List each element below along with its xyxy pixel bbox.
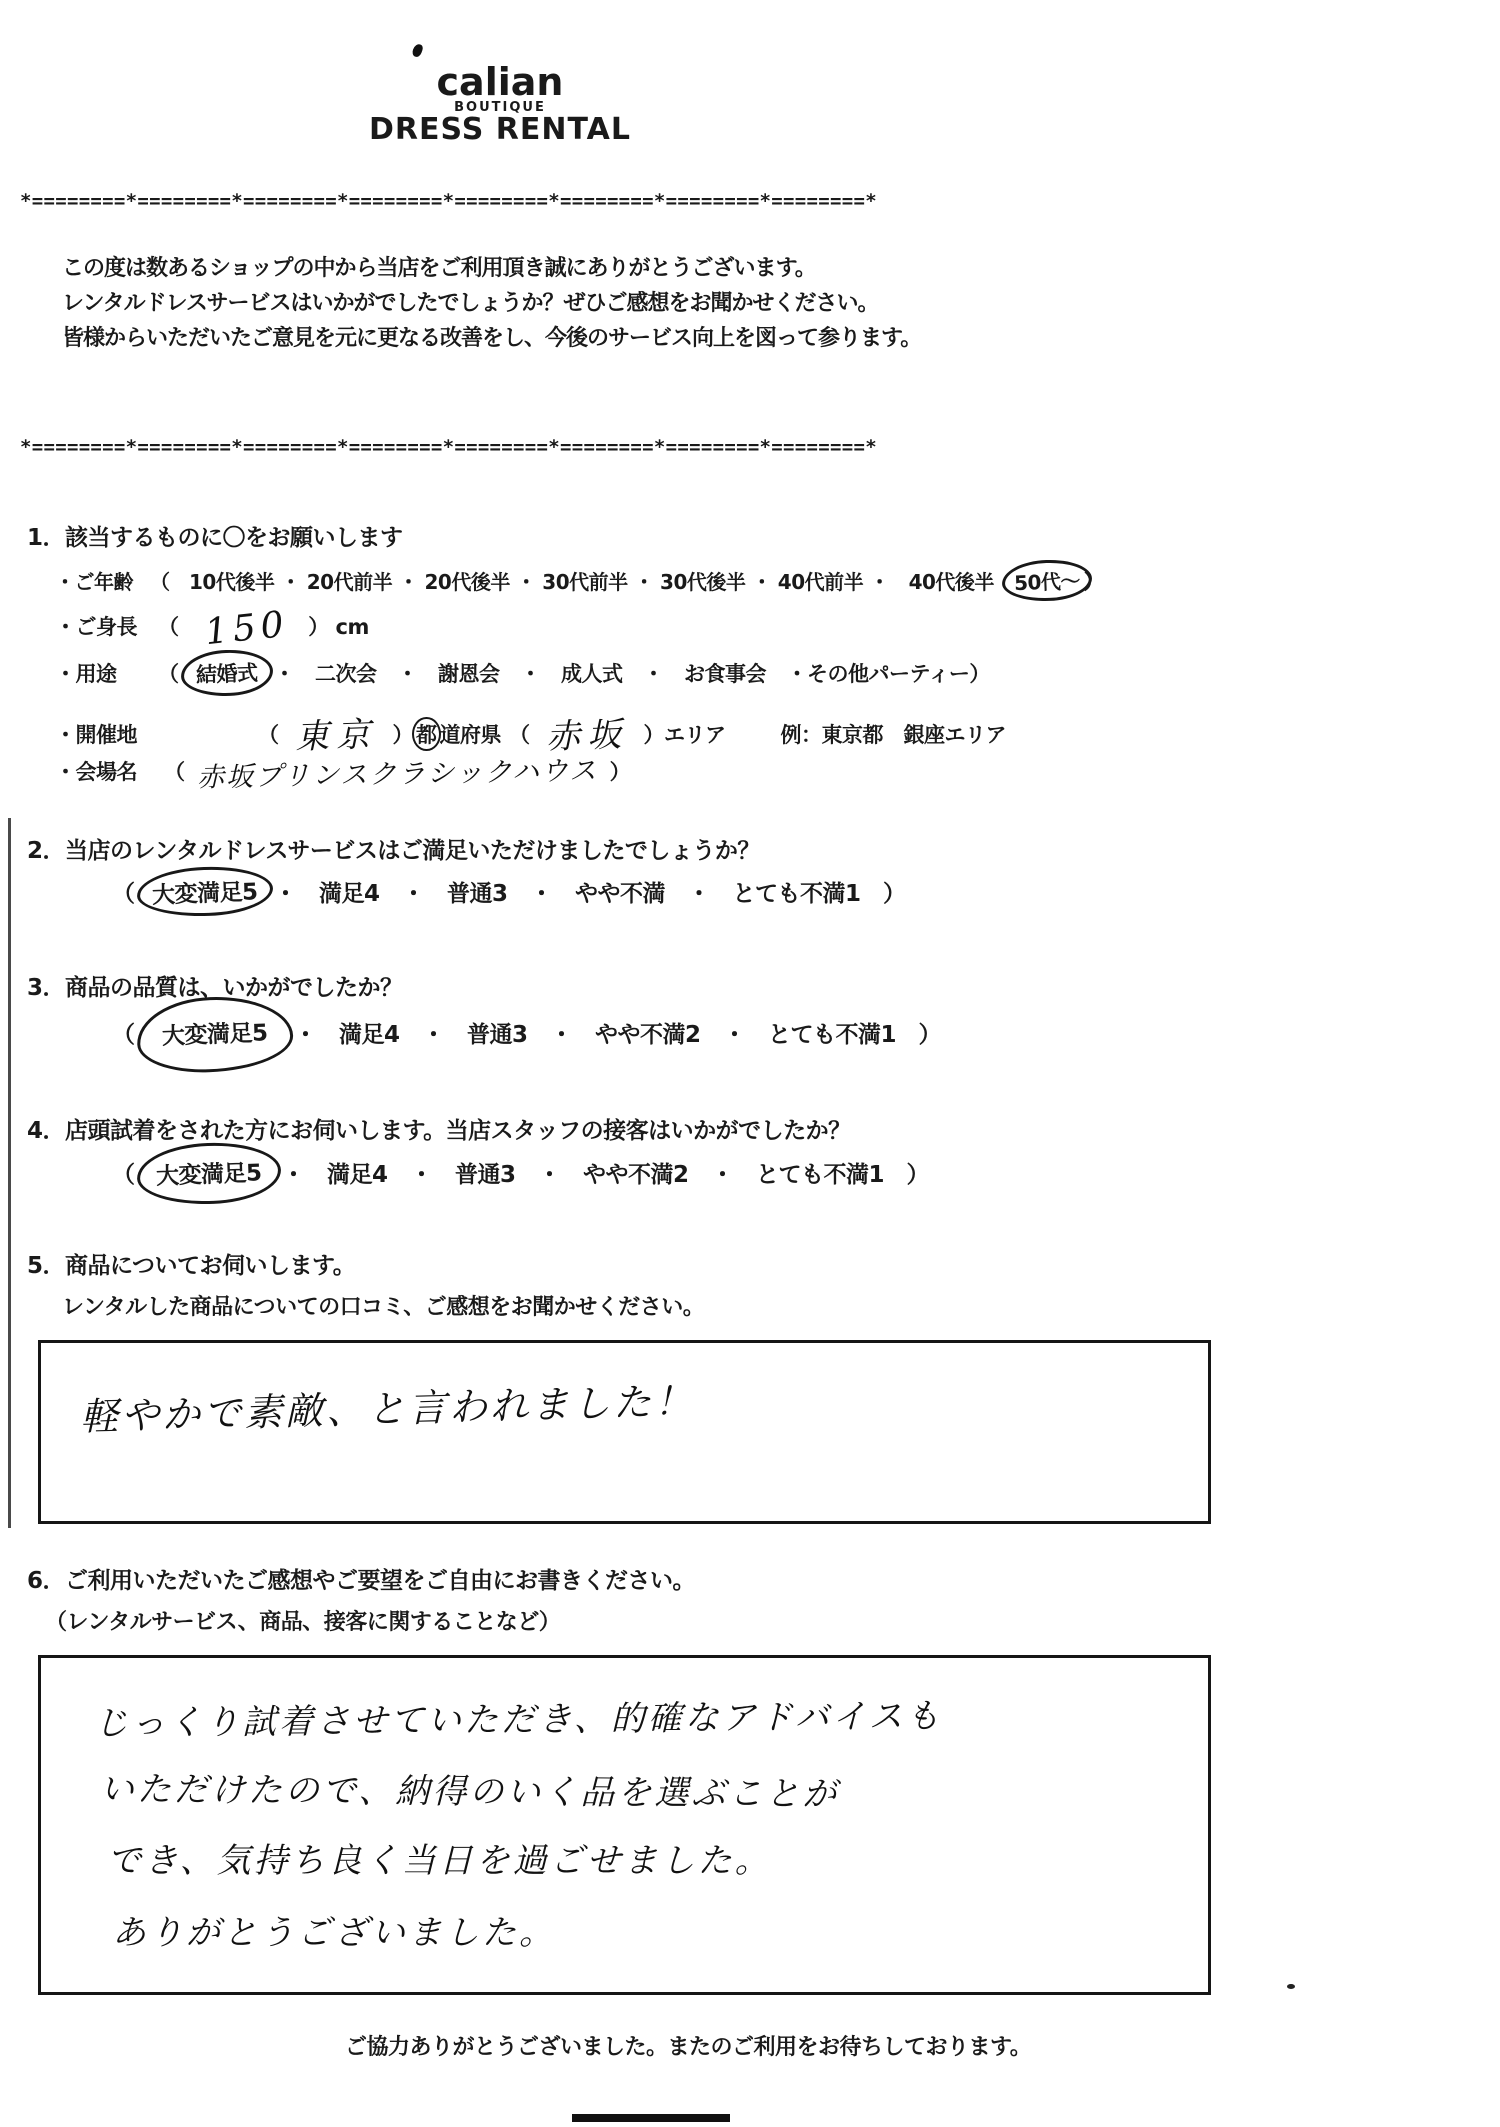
q6-handwritten-line-2: いただけたので、納得のいく品を選ぶことが: [100, 1761, 840, 1815]
q3-open-paren: （: [112, 1022, 135, 1048]
venue-open-paren: （: [164, 760, 185, 784]
separator-line: *========*========*========*========*===…: [20, 436, 877, 458]
scan-artifact-left-line: [8, 818, 11, 1528]
q3-selected: 大変満足5: [161, 1020, 267, 1050]
location-mid-paren: ）: [393, 723, 414, 747]
q6-handwritten-line-3: でき、気持ち良く当日を過ごせました。: [107, 1833, 772, 1882]
question-4-options: （大変満足5・ 満足4 ・ 普通3 ・ やや不満2 ・ とても不満1 ）: [112, 1156, 929, 1189]
height-row: ・ご身長（150） cm: [55, 608, 369, 649]
q6-handwritten-line-1: じっくり試着させていただき、的確なアドバイスも: [94, 1688, 943, 1744]
q2-selected-circle: 大変満足5: [136, 865, 273, 919]
question-3-options: （大変満足5・ 満足4 ・ 普通3 ・ やや不満2 ・ とても不満1 ）: [112, 1016, 941, 1049]
brand-logo: calian: [0, 60, 1000, 104]
question-6-subtext: （レンタルサービス、商品、接客に関することなど）: [45, 1605, 560, 1636]
age-options: （ 10代後半 ・ 20代前半 ・ 20代後半 ・ 30代前半 ・ 30代後半 …: [150, 570, 994, 594]
scan-artifact-ink-dot: [411, 43, 424, 58]
purpose-selected-circle: 結婚式: [180, 648, 273, 697]
purpose-open-paren: （: [158, 662, 179, 686]
q4-rest-options: ・ 満足4 ・ 普通3 ・ やや不満2 ・ とても不満1 ）: [282, 1162, 929, 1188]
survey-form-page: calian BOUTIQUE DRESS RENTAL *========*=…: [0, 0, 1500, 2127]
purpose-options: ・ 二次会 ・ 謝恩会 ・ 成人式 ・ お食事会 ・その他パーティー）: [274, 662, 990, 686]
question-4-heading: 4．店頭試着をされた方にお伺いします。当店スタッフの接客はいかがでしたか？: [27, 1112, 851, 1145]
question-5-heading: 5．商品についてお伺いします。: [27, 1247, 355, 1280]
q4-selected-circle: 大変満足5: [135, 1141, 281, 1207]
location-open-paren-2: （: [509, 723, 530, 747]
venue-close-paren: ）: [610, 760, 631, 784]
venue-handwritten-value: 赤坂プリンスクラシックハウス: [196, 749, 598, 795]
question-2-heading: 2．当店のレンタルドレスサービスはご満足いただけましたでしょうか？: [27, 832, 760, 865]
question-1-heading: 1．該当するものに〇をお願いします: [27, 519, 403, 552]
intro-line-1: この度は数あるショップの中から当店をご利用頂き誠にありがとうございます。: [62, 251, 816, 282]
location-prefecture-handwritten: 東京: [294, 707, 378, 759]
q2-rest-options: ・ 満足4 ・ 普通3 ・ やや不満 ・ とても不満1 ）: [274, 881, 906, 907]
q4-open-paren: （: [112, 1162, 135, 1188]
venue-row: ・会場名（赤坂プリンスクラシックハウス）: [55, 752, 630, 791]
location-suffix: 道府県: [440, 723, 502, 747]
venue-label: ・会場名: [55, 756, 150, 786]
scan-artifact-bottom-mark: [572, 2114, 730, 2122]
age-row: ・ご年齢（ 10代後半 ・ 20代前半 ・ 20代後半 ・ 30代前半 ・ 30…: [55, 566, 1103, 595]
q4-selected: 大変満足5: [155, 1160, 261, 1190]
q6-handwritten-line-4: ありがとうございました。: [112, 1905, 556, 1954]
scan-artifact-dot: [1287, 1984, 1295, 1989]
location-close-paren: ）エリア: [644, 723, 726, 747]
separator-line: *========*========*========*========*===…: [20, 190, 877, 212]
question-5-subtext: レンタルした商品についての口コミ、ご感想をお聞かせください。: [62, 1290, 704, 1321]
purpose-selected: 結婚式: [195, 661, 257, 687]
age-label: ・ご年齢: [55, 566, 150, 595]
q2-selected: 大変満足5: [151, 879, 257, 909]
age-selected-circle: 50代～: [1001, 558, 1092, 602]
purpose-row: ・用途（結婚式・ 二次会 ・ 謝恩会 ・ 成人式 ・ お食事会 ・その他パーティ…: [55, 658, 990, 688]
location-circled-char: 都: [412, 717, 441, 751]
question-6-heading: 6．ご利用いただいたご感想やご要望をご自由にお書きください。: [27, 1562, 695, 1595]
age-selected: 50代～: [1014, 569, 1081, 595]
q2-open-paren: （: [112, 881, 135, 907]
page-title: DRESS RENTAL: [0, 112, 1000, 147]
location-open-paren: （: [258, 723, 279, 747]
question-2-options: （大変満足5・ 満足4 ・ 普通3 ・ やや不満 ・ とても不満1 ）: [112, 875, 906, 908]
height-close-paren: ） cm: [308, 615, 369, 639]
q3-rest-options: ・ 満足4 ・ 普通3 ・ やや不満2 ・ とても不満1 ）: [294, 1022, 941, 1048]
location-label: ・開催地: [55, 719, 150, 749]
q3-selected-circle: 大変満足5: [135, 994, 293, 1074]
footer-thanks-text: ご協力ありがとうございました。またのご利用をお待ちしております。: [345, 2030, 1031, 2061]
height-handwritten-value: 150: [203, 604, 291, 654]
height-label: ・ご身長: [55, 611, 150, 641]
location-example: 例：東京都 銀座エリア: [781, 723, 1007, 747]
purpose-label: ・用途: [55, 658, 150, 688]
intro-line-2: レンタルドレスサービスはいかがでしたでしょうか？ぜひご感想をお聞かせください。: [62, 286, 878, 317]
intro-line-3: 皆様からいただいたご意見を元に更なる改善をし、今後のサービス向上を図って参ります…: [62, 321, 921, 352]
height-open-paren: （: [158, 615, 179, 639]
